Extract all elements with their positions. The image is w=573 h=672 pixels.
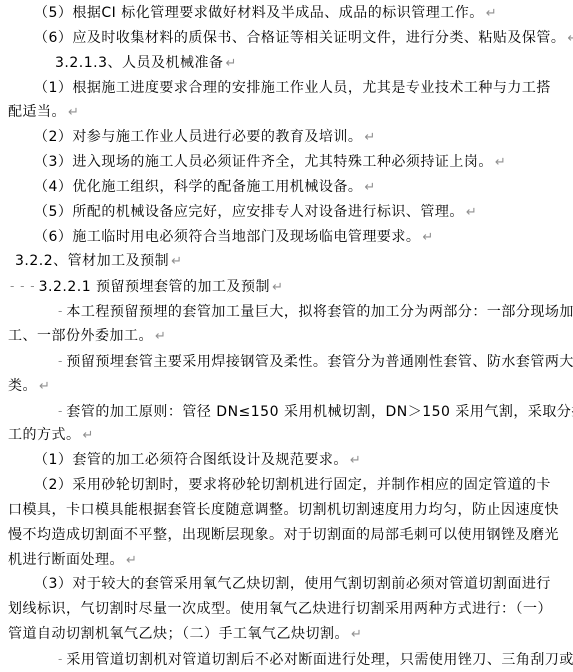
document-line: -套管的加工原则：管径 DN≤150 采用机械切割，DN＞150 采用气割，采取… [8,399,567,424]
space-format-mark: - - - [10,279,36,293]
line-text: 工的方式。 [8,427,81,443]
line-text: 配适当。 [8,104,66,120]
space-format-mark: - [58,304,63,318]
paragraph-mark-icon: ↵ [351,627,362,642]
document-line: （3）进入现场的施工人员必须证件齐全，尤其特殊工种必须持证上岗。↵ [8,150,567,175]
document-line: （3）对于较大的套管采用氧气乙炔切割，使用气割切割前必须对管道切割面进行 [8,572,567,597]
paragraph-mark-icon: ↵ [126,553,137,568]
document-line: （1）套管的加工必须符合图纸设计及规范要求。↵ [8,448,567,473]
line-text: 套管的加工原则：管径 DN≤150 采用机械切割，DN＞150 采用气割，采取分… [66,404,573,420]
line-text: 本工程预留预埋的套管加工量巨大，拟将套管的加工分为两部分：一部分现场加 [66,304,573,320]
line-text: （6）应及时收集材料的质保书、合格证等相关证明文件，进行分类、粘贴及保管。 [34,30,565,46]
line-text: （3）对于较大的套管采用氧气乙炔切割，使用气割切割前必须对管道切割面进行 [34,576,551,592]
document-line: 3.2.2、管材加工及预制↵ [8,249,567,274]
document-page: （5）根据CI 标化管理要求做好材料及半成品、成品的标识管理工作。↵（6）应及时… [0,0,573,672]
paragraph-mark-icon: ↵ [83,428,94,443]
paragraph-mark-icon: ↵ [171,254,182,269]
document-line: 管道自动切割机氧气乙炔；（二）手工氧气乙炔切割。↵ [8,622,567,647]
document-line: （4）优化施工组织，科学的配备施工用机械设备。↵ [8,175,567,200]
document-line: （2）采用砂轮切割时，要求将砂轮切割机进行固定，并制作相应的固定管道的卡 [8,473,567,498]
line-text: （3）进入现场的施工人员必须证件齐全，尤其特殊工种必须持证上岗。 [34,154,493,170]
document-line: （5）根据CI 标化管理要求做好材料及半成品、成品的标识管理工作。↵ [8,1,567,26]
paragraph-mark-icon: ↵ [422,230,433,245]
paragraph-mark-icon: ↵ [68,105,79,120]
document-line: 口模具，卡口模具能根据套管长度随意调整。切割机切割速度用力均匀，防止因速度快 [8,498,567,523]
space-format-mark: - [58,354,63,368]
line-text: 类。 [8,378,37,394]
paragraph-mark-icon: ↵ [466,205,477,220]
document-line: （6）应及时收集材料的质保书、合格证等相关证明文件，进行分类、粘贴及保管。↵ [8,26,567,51]
line-text: （5）根据CI 标化管理要求做好材料及半成品、成品的标识管理工作。 [34,5,484,21]
paragraph-mark-icon: ↵ [567,31,573,46]
document-line: 工的方式。↵ [8,423,567,448]
document-line: 3.2.1.3、人员及机械准备↵ [8,51,567,76]
line-text: （2）对参与施工作业人员进行必要的教育及培训。 [34,129,362,145]
line-text: （4）优化施工组织，科学的配备施工用机械设备。 [34,179,362,195]
document-line: -采用管道切割机对管道切割后不必对断面进行处理，只需使用锉刀、三角刮刀或 [8,647,567,672]
document-line: 类。↵ [8,374,567,399]
line-text: 机进行断面处理。 [8,552,124,568]
document-line: （1）根据施工进度要求合理的安排施工作业人员，尤其是专业技术工种与力工搭 [8,76,567,101]
paragraph-mark-icon: ↵ [39,379,50,394]
document-line: 划线标识，气切割时尽量一次成型。使用氧气乙炔进行切割采用两种方式进行：（一） [8,597,567,622]
document-line: （6）施工临时用电必须符合当地部门及现场临电管理要求。↵ [8,225,567,250]
line-text: 3.2.2.1 预留预埋套管的加工及预制 [39,279,270,295]
document-line: 工、一部份外委加工。↵ [8,324,567,349]
paragraph-mark-icon: ↵ [225,56,236,71]
line-text: 工、一部份外委加工。 [8,328,153,344]
paragraph-mark-icon: ↵ [364,180,375,195]
line-text: 采用管道切割机对管道切割后不必对断面进行处理，只需使用锉刀、三角刮刀或 [66,652,573,668]
document-line: 配适当。↵ [8,100,567,125]
line-text: 慢不均造成切割面不平整，出现断层现象。对于切割面的局部毛刺可以使用钢锉及磨光 [8,527,559,543]
document-line: （2）对参与施工作业人员进行必要的教育及培训。↵ [8,125,567,150]
line-text: 3.2.2、管材加工及预制 [15,253,169,269]
space-format-mark: - [58,652,63,666]
line-text: 管道自动切割机氧气乙炔；（二）手工氧气乙炔切割。 [8,626,349,642]
space-format-mark: - [58,404,63,418]
paragraph-mark-icon: ↵ [495,155,506,170]
line-text: 3.2.1.3、人员及机械准备 [55,55,223,71]
line-text: （1）根据施工进度要求合理的安排施工作业人员，尤其是专业技术工种与力工搭 [34,80,551,96]
line-text: （5）所配的机械设备应完好，应安排专人对设备进行标识、管理。 [34,204,464,220]
paragraph-mark-icon: ↵ [486,6,497,21]
document-line: -本工程预留预埋的套管加工量巨大，拟将套管的加工分为两部分：一部分现场加 [8,299,567,324]
document-line: - - -3.2.2.1 预留预埋套管的加工及预制↵ [8,274,567,299]
document-line: 慢不均造成切割面不平整，出现断层现象。对于切割面的局部毛刺可以使用钢锉及磨光 [8,523,567,548]
paragraph-mark-icon: ↵ [272,280,283,295]
line-text: （6）施工临时用电必须符合当地部门及现场临电管理要求。 [34,229,420,245]
document-text-block: （5）根据CI 标化管理要求做好材料及半成品、成品的标识管理工作。↵（6）应及时… [8,1,567,672]
line-text: 划线标识，气切割时尽量一次成型。使用氧气乙炔进行切割采用两种方式进行：（一） [8,601,552,617]
line-text: （2）采用砂轮切割时，要求将砂轮切割机进行固定，并制作相应的固定管道的卡 [34,477,551,493]
paragraph-mark-icon: ↵ [364,130,375,145]
document-line: （5）所配的机械设备应完好，应安排专人对设备进行标识、管理。↵ [8,200,567,225]
document-line: -预留预埋套管主要采用焊接钢管及柔性。套管分为普通刚性套管、防水套管两大 [8,349,567,374]
line-text: 预留预埋套管主要采用焊接钢管及柔性。套管分为普通刚性套管、防水套管两大 [66,354,573,370]
paragraph-mark-icon: ↵ [350,453,361,468]
line-text: （1）套管的加工必须符合图纸设计及规范要求。 [34,452,348,468]
document-line: 机进行断面处理。↵ [8,548,567,573]
line-text: 口模具，卡口模具能根据套管长度随意调整。切割机切割速度用力均匀，防止因速度快 [8,502,559,518]
paragraph-mark-icon: ↵ [155,329,166,344]
